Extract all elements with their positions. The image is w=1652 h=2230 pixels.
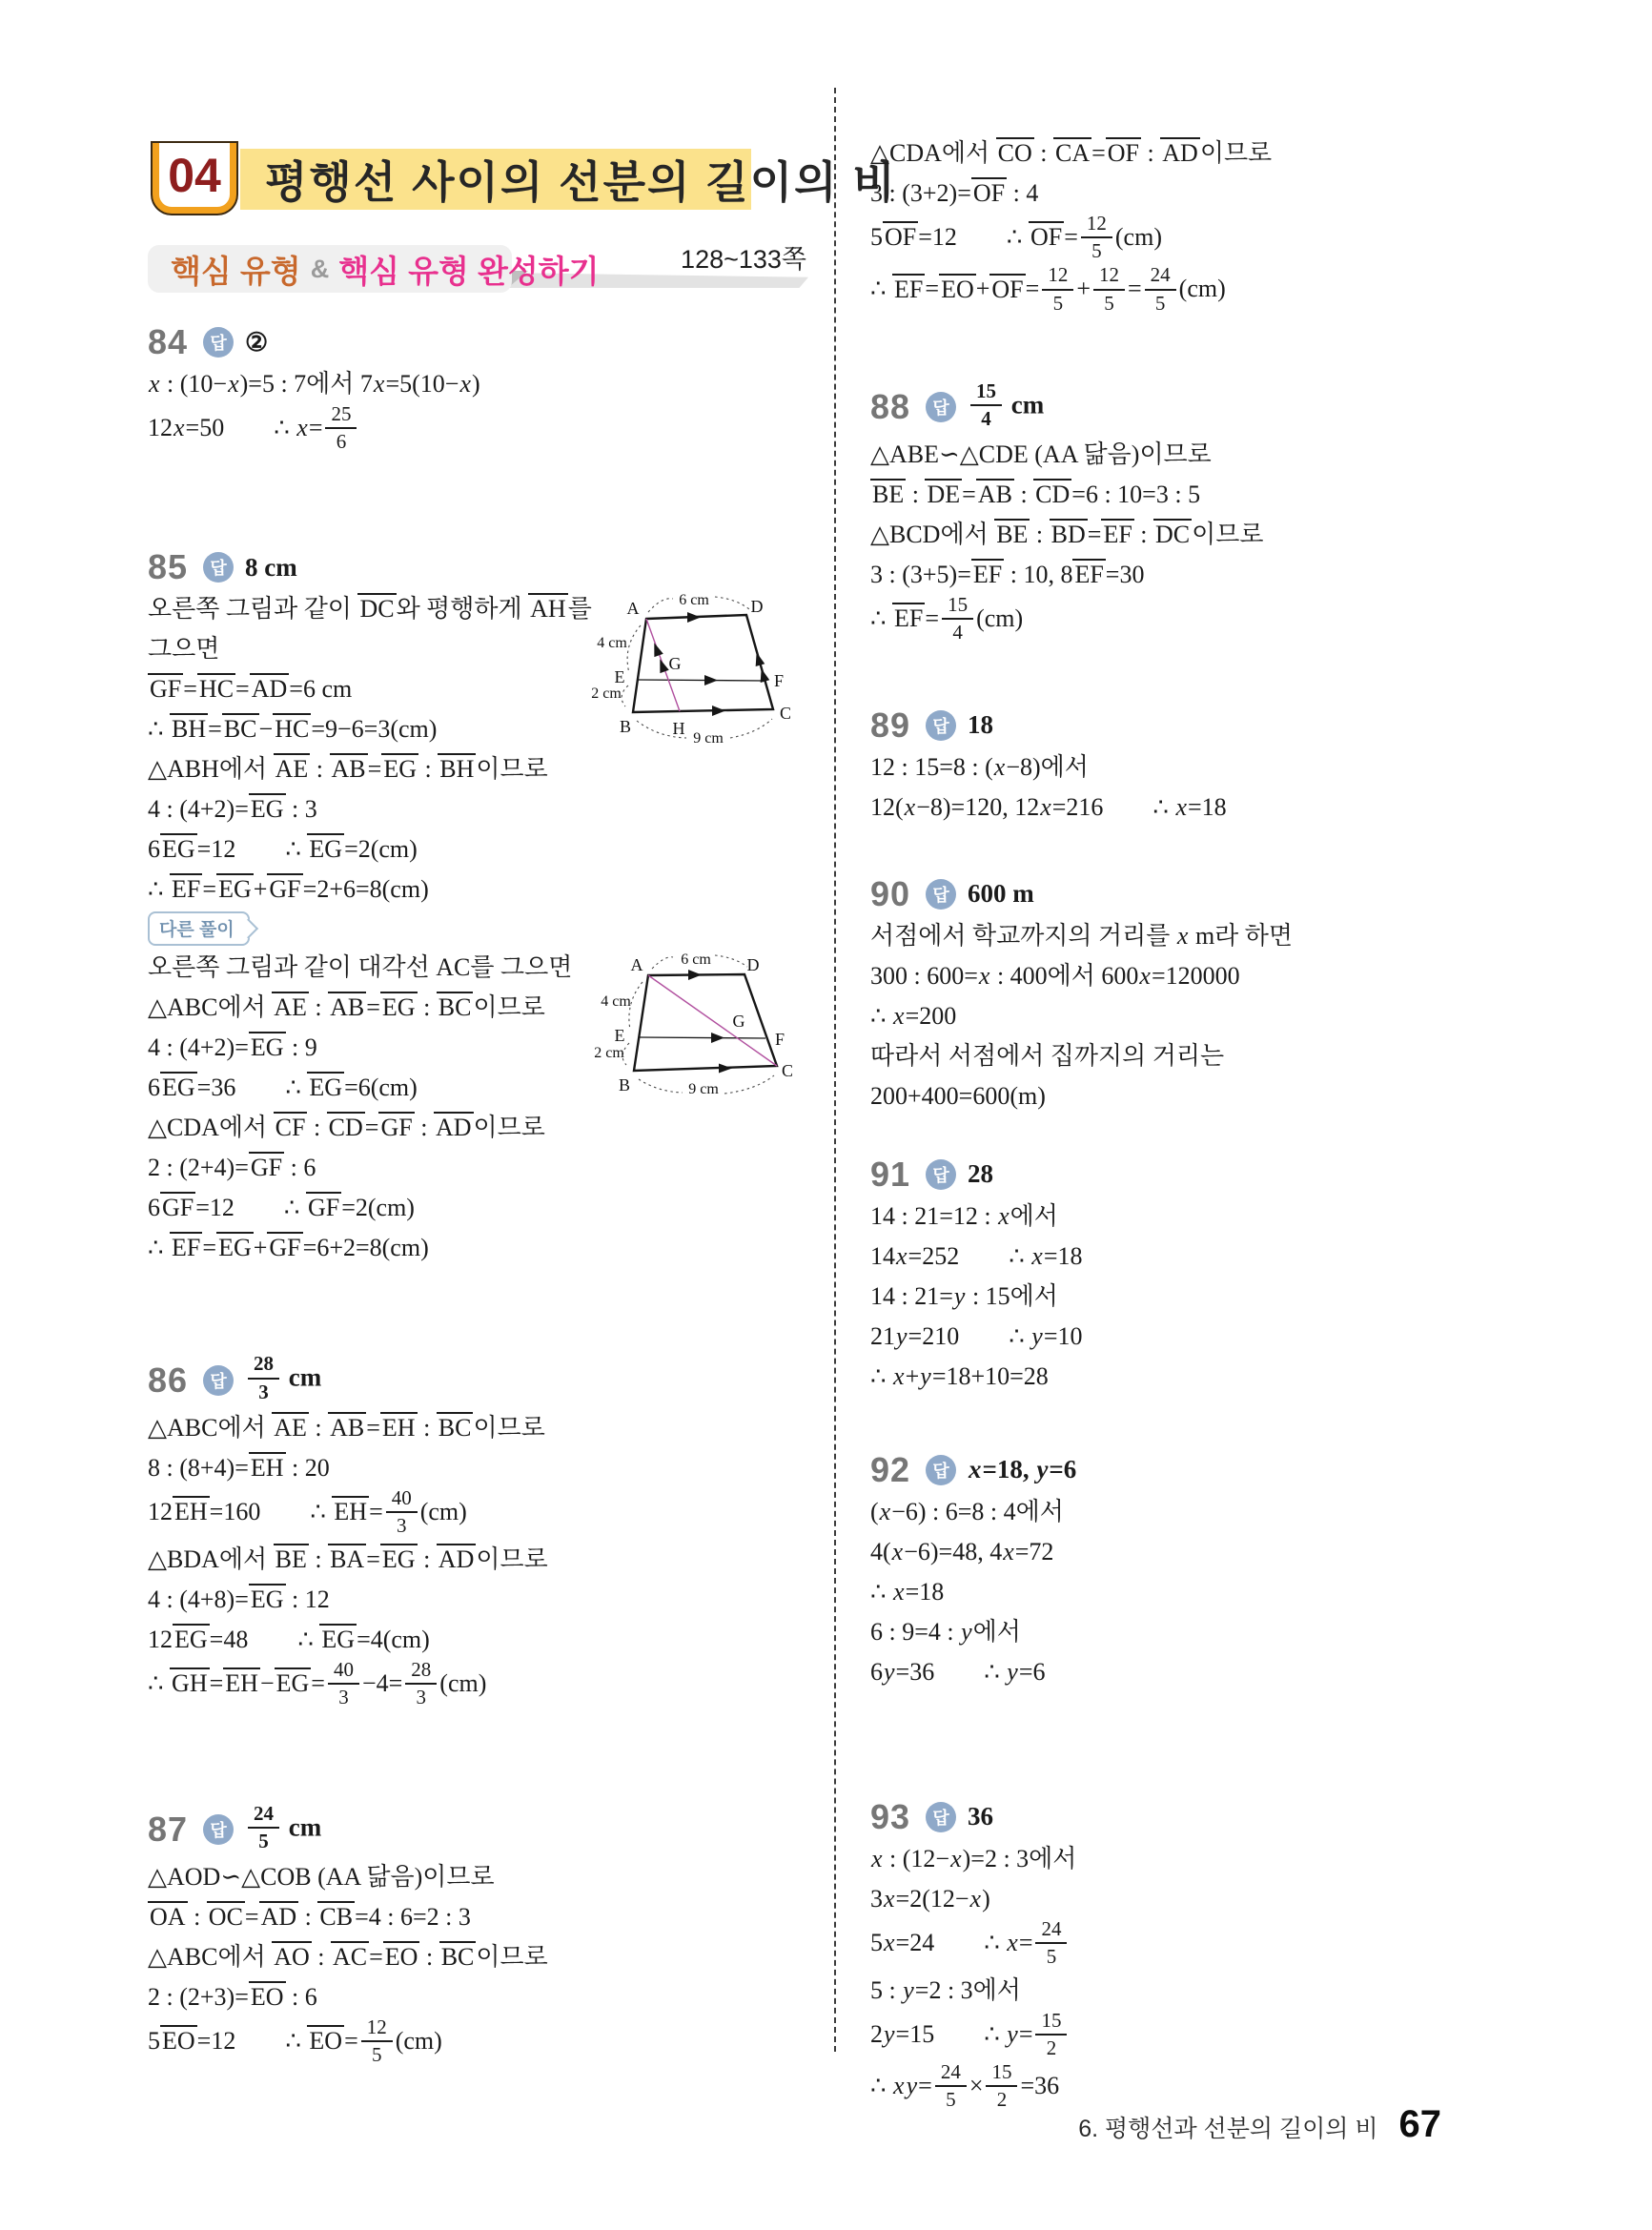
- segment-overline: OF: [971, 177, 1007, 206]
- segment-overline: EG: [307, 1072, 344, 1100]
- solution-line: △ABC에서 AO : AC=EO : BC이므로: [148, 1937, 832, 1977]
- segment-overline: EH: [173, 1496, 210, 1524]
- solution-line: x : (10−x)=5 : 7에서 7x=5(10−x): [148, 364, 832, 404]
- trapezoid-outline: [634, 974, 777, 1071]
- vertex-label-H: H: [673, 719, 685, 738]
- math-variable: x: [892, 2072, 906, 2099]
- page-footer: 6. 평행선과 선분의 길이의 비 67: [1078, 2103, 1441, 2146]
- segment-overline: EG: [380, 992, 418, 1020]
- solution-line: 서점에서 학교까지의 거리를 x m라 하면: [870, 916, 1555, 956]
- problem-number: 93: [870, 1800, 910, 1834]
- answer-badge: 답: [203, 1365, 234, 1396]
- math-variable: x: [879, 1498, 892, 1525]
- math-variable: y: [953, 1282, 967, 1310]
- solution-line: △BCD에서 BE : BD=EF : DC이므로: [870, 515, 1555, 555]
- left-column: 84답②x : (10−x)=5 : 7에서 7x=5(10−x)12x=50 …: [148, 322, 832, 2069]
- solution-line: 5EO=12 ∴ EO=125(cm): [148, 2017, 832, 2069]
- segment-overline: EH: [249, 1452, 286, 1481]
- segment-overline: EO: [307, 2025, 344, 2054]
- segment-overline: EG: [249, 1032, 286, 1060]
- vertex-label-B: B: [620, 717, 631, 736]
- math-variable: x: [997, 1202, 1010, 1230]
- solution-line: 12EG=48 ∴ EG=4(cm): [148, 1620, 832, 1660]
- footer-chapter-title: 6. 평행선과 선분의 길이의 비: [1078, 2110, 1377, 2144]
- vertex-label-D: D: [747, 955, 760, 974]
- problem-number: 85: [148, 550, 188, 584]
- solution-line: 12 : 15=8 : (x−8)에서: [870, 747, 1555, 788]
- segment-overline: EO: [383, 1941, 420, 1970]
- solution-line: 6GF=12 ∴ GF=2(cm): [148, 1188, 832, 1228]
- segment-overline: EF: [892, 603, 925, 631]
- solution-line: 12x=50 ∴ x=256: [148, 404, 832, 456]
- math-variable: y: [902, 1976, 915, 2004]
- vertex-label-B: B: [619, 1075, 630, 1095]
- math-variable: x: [373, 370, 386, 398]
- segment-overline: BH: [170, 713, 208, 742]
- fraction: 125: [361, 2015, 393, 2067]
- math-variable: x: [148, 370, 161, 398]
- math-variable: x: [949, 1845, 963, 1872]
- answer-text: 8 cm: [245, 553, 297, 583]
- segment-overline: AC: [331, 1941, 369, 1970]
- segment-overline: AH: [528, 593, 568, 622]
- answer-text: 283 cm: [245, 1354, 321, 1405]
- problem-number: 87: [148, 1812, 188, 1847]
- segment-overline: EF: [170, 1232, 202, 1260]
- segment-overline: AB: [330, 753, 368, 782]
- solution-line: 5 : y=2 : 3에서: [870, 1971, 1555, 2011]
- segment-overline: EH: [332, 1496, 369, 1524]
- problem-number: 84: [148, 325, 188, 359]
- solution-line: 2 : (2+4)=GF : 6: [148, 1148, 832, 1188]
- solution-line: 3 : (3+2)=OF : 4: [870, 174, 1555, 214]
- answer-badge: 답: [926, 1455, 956, 1485]
- answer-badge: 답: [203, 327, 234, 358]
- answer-badge: 답: [926, 1802, 956, 1832]
- fraction: 245: [1035, 1917, 1067, 1969]
- segment-overline: AB: [328, 992, 366, 1020]
- problem-header: 84답②: [148, 322, 832, 362]
- problem-number: 89: [870, 708, 910, 743]
- segment-overline: OF: [1106, 137, 1141, 166]
- vertex-label-A: A: [627, 599, 640, 618]
- problem-header: 90답600 m: [870, 874, 1555, 914]
- solution-line: △CDA에서 CO : CA=OF : AD이므로: [870, 133, 1555, 174]
- solution-line: 5x=24 ∴ x=245: [870, 1919, 1555, 1971]
- subheader-complete-types: 핵심 유형 완성하기: [338, 247, 599, 292]
- subheader-ampersand: &: [311, 255, 330, 284]
- segment-overline: EG: [216, 1232, 254, 1260]
- parallel-arrow: [712, 706, 725, 716]
- fraction: 125: [1081, 212, 1112, 263]
- segment-overline: AD: [1160, 137, 1200, 166]
- answer-badge: 답: [926, 710, 956, 741]
- problem-header: 91답28: [870, 1155, 1555, 1195]
- problem-header: 93답36: [870, 1797, 1555, 1837]
- fraction: 125: [1093, 263, 1125, 315]
- solution-line: 4 : (4+8)=EG : 12: [148, 1580, 832, 1620]
- segment-overline: AE: [272, 992, 309, 1020]
- math-variable: x: [969, 1885, 983, 1913]
- reference-pages: 128~133쪽: [572, 238, 806, 276]
- segment-overline: BA: [328, 1544, 366, 1572]
- segment-overline: BC: [439, 1941, 477, 1970]
- segment-overline: EG: [307, 833, 344, 862]
- subheader-core-types: 핵심 유형: [171, 247, 301, 292]
- problem-number: 86: [148, 1363, 188, 1398]
- segment-overline: HC: [197, 673, 235, 702]
- math-variable: x: [1176, 922, 1190, 950]
- segment-overline: CF: [274, 1112, 308, 1140]
- problem-number: 91: [870, 1157, 910, 1192]
- solution-line: ∴ x+y=18+10=28: [870, 1357, 1555, 1397]
- problem-header: 88답154 cm: [870, 381, 1555, 433]
- solution-line: 200+400=600(m): [870, 1076, 1555, 1116]
- math-variable: x: [870, 1845, 884, 1872]
- solution-line: ∴ EF=EG+GF=2+6=8(cm): [148, 869, 832, 910]
- solution-line: ∴ x=200: [870, 996, 1555, 1036]
- segment-overline: CD: [1033, 479, 1071, 507]
- segment-overline: BC: [437, 1412, 474, 1441]
- solution-line: 3 : (3+5)=EF : 10, 8EF=30: [870, 555, 1555, 595]
- solution-line: ∴ EF=EG+GF=6+2=8(cm): [148, 1228, 832, 1268]
- math-variable: x: [892, 1362, 906, 1390]
- solution-line: △AOD∽△COB (AA 닮음)이므로: [148, 1857, 832, 1897]
- math-variable: x: [296, 414, 309, 441]
- parallel-arrow: [650, 642, 663, 658]
- solution-line: 3x=2(12−x): [870, 1879, 1555, 1919]
- segment-overline: AD: [250, 673, 290, 702]
- segment-overline: GF: [148, 673, 183, 702]
- math-variable: y: [1030, 1322, 1044, 1350]
- vertex-label-F: F: [775, 1030, 785, 1049]
- solution-line: △ABC에서 AE : AB=EH : BC이므로: [148, 1408, 832, 1448]
- problem-87-continued: △CDA에서 CO : CA=OF : AD이므로3 : (3+2)=OF : …: [870, 133, 1555, 317]
- section-title-band: 평행선 사이의 선분의 길이의 비: [240, 149, 751, 210]
- segment-overline: DE: [925, 479, 962, 507]
- math-variable: y: [906, 2072, 919, 2099]
- measure-arc: [639, 1079, 683, 1093]
- section-title: 평행선 사이의 선분의 길이의 비: [240, 148, 897, 211]
- segment-overline: OF: [989, 274, 1025, 302]
- answer-text: 18: [968, 710, 993, 740]
- segment-overline: DC: [1153, 519, 1192, 547]
- solution-line: △BDA에서 BE : BA=EG : AD이므로: [148, 1540, 832, 1580]
- fraction: 283: [248, 1352, 279, 1403]
- fraction: 245: [248, 1802, 279, 1853]
- segment-overline: EG: [249, 793, 286, 822]
- measure-arc: [715, 955, 747, 967]
- measure-2cm: 2 cm: [594, 1045, 624, 1061]
- problem-91: 91답2814 : 21=12 : x에서14x=252 ∴ x=1814 : …: [870, 1155, 1555, 1397]
- math-variable: y: [960, 1618, 973, 1646]
- parallel-arrow: [719, 1064, 732, 1074]
- solution-line: ∴ EF=154(cm): [870, 595, 1555, 646]
- solution-line: 14 : 21=12 : x에서: [870, 1197, 1555, 1237]
- answer-text: 28: [968, 1159, 993, 1189]
- fraction: 403: [328, 1658, 359, 1709]
- diagonal-AC: [648, 975, 777, 1066]
- math-variable: x: [892, 1002, 906, 1030]
- trapezoid-diagram-with-AC: A D E B C F G 6 cm 4 cm 2 cm 9 cm: [570, 906, 846, 1125]
- vertex-label-C: C: [780, 704, 791, 723]
- problem-85: 85답8 cm오른쪽 그림과 같이 DC와 평행하게 AH를그으면GF=HC=A…: [148, 547, 832, 1268]
- segment-overline: BE: [870, 479, 906, 507]
- problem-88: 88답154 cm△ABE∽△CDE (AA 닮음)이므로BE : DE=AB …: [870, 381, 1555, 647]
- segment-overline: AE: [272, 1412, 309, 1441]
- math-variable: x: [968, 1455, 983, 1483]
- problem-header: 86답283 cm: [148, 1354, 832, 1405]
- solution-line: 5OF=12 ∴ OF=125(cm): [870, 214, 1555, 265]
- answer-badge: 답: [926, 1159, 956, 1190]
- vertex-label-C: C: [782, 1061, 793, 1080]
- alt-solution-badge: 다른 풀이: [148, 911, 250, 946]
- solution-line: x : (12−x)=2 : 3에서: [870, 1839, 1555, 1879]
- segment-overline: EG: [216, 873, 254, 902]
- math-variable: x: [1174, 793, 1188, 821]
- segment-overline: EF: [971, 559, 1004, 587]
- footer-page-number: 67: [1399, 2103, 1442, 2146]
- segment-overline: CA: [1053, 137, 1091, 166]
- solution-line: 2 : (2+3)=EO : 6: [148, 1977, 832, 2017]
- segment-overline: EF: [1072, 559, 1105, 587]
- solution-line: OA : OC=AD : CB=4 : 6=2 : 3: [148, 1897, 832, 1937]
- measure-arc: [730, 719, 772, 738]
- solution-line: 4(x−6)=48, 4x=72: [870, 1532, 1555, 1572]
- segment-overline: EF: [170, 873, 202, 902]
- segment-overline: GF: [267, 873, 302, 902]
- solution-line: 21y=210 ∴ y=10: [870, 1317, 1555, 1357]
- measure-2cm: 2 cm: [591, 685, 622, 702]
- measure-6cm: 6 cm: [679, 592, 709, 608]
- math-variable: x: [173, 414, 186, 441]
- measure-9cm: 9 cm: [693, 730, 724, 747]
- segment-overline: CO: [996, 137, 1034, 166]
- math-variable: y: [1006, 1658, 1019, 1686]
- solution-line: 12(x−8)=120, 12x=216 ∴ x=18: [870, 788, 1555, 828]
- segment-overline: HC: [273, 713, 311, 742]
- segment-overline: OF: [883, 221, 918, 250]
- math-variable: x: [895, 1242, 908, 1270]
- solution-line: 따라서 서점에서 집까지의 거리는: [870, 1036, 1555, 1076]
- problem-number: 88: [870, 390, 910, 424]
- fraction: 403: [386, 1486, 418, 1538]
- solution-line: ∴ GH=EH−EG=403−4=283(cm): [148, 1660, 832, 1711]
- math-variable: x: [883, 1929, 896, 1956]
- fraction: 245: [935, 2060, 967, 2112]
- vertex-label-E: E: [615, 1026, 625, 1045]
- segment-overline: BD: [1050, 519, 1088, 547]
- math-variable: y: [1006, 2020, 1019, 2048]
- segment-overline: BE: [994, 519, 1030, 547]
- math-variable: x: [904, 793, 917, 821]
- right-column: △CDA에서 CO : CA=OF : AD이므로3 : (3+2)=OF : …: [870, 133, 1555, 2115]
- measure-arc: [715, 597, 749, 609]
- segment-overline: EF: [1101, 519, 1133, 547]
- segment-EF: [639, 1037, 765, 1038]
- math-variable: x: [1002, 1538, 1015, 1565]
- solution-line: 6y=36 ∴ y=6: [870, 1652, 1555, 1692]
- answer-text: ②: [245, 328, 268, 358]
- problem-header: 92답x=18, y=6: [870, 1450, 1555, 1490]
- math-variable: x: [227, 370, 240, 398]
- answer-badge: 답: [203, 552, 234, 583]
- solution-line: ∴ EF=EO+OF=125+125=245(cm): [870, 265, 1555, 317]
- segment-overline: EG: [160, 833, 197, 862]
- section-number-badge: 04: [153, 143, 236, 214]
- measure-arc: [648, 599, 673, 612]
- measure-arc: [724, 1075, 774, 1094]
- solution-line: 300 : 600=x : 400에서 600x=120000: [870, 956, 1555, 996]
- math-variable: x: [1006, 1929, 1019, 1956]
- math-variable: x: [891, 1538, 905, 1565]
- solution-line: 6 : 9=4 : y에서: [870, 1612, 1555, 1652]
- segment-overline: OF: [1029, 221, 1064, 250]
- segment-overline: EG: [319, 1624, 357, 1652]
- solution-line: △ABE∽△CDE (AA 닮음)이므로: [870, 435, 1555, 475]
- fraction: 152: [1035, 2009, 1067, 2060]
- segment-overline: BC: [437, 992, 474, 1020]
- vertex-label-F: F: [774, 671, 784, 690]
- segment-overline: GF: [306, 1192, 341, 1220]
- segment-overline: EG: [275, 1667, 312, 1696]
- answer-badge: 답: [926, 392, 956, 422]
- parallel-arrow: [711, 1033, 724, 1043]
- segment-overline: GH: [170, 1667, 210, 1696]
- point-label-G: G: [733, 1012, 745, 1031]
- problem-87: 87답245 cm△AOD∽△COB (AA 닮음)이므로OA : OC=AD …: [148, 1804, 832, 2070]
- segment-overline: EG: [160, 1072, 197, 1100]
- segment-overline: AO: [272, 1941, 312, 1970]
- segment-overline: EG: [173, 1624, 210, 1652]
- parallel-arrow: [687, 612, 701, 623]
- trapezoid-diagram-with-AH: A D E B H C F G 6 cm 4 cm 2 cm 9 cm: [570, 545, 846, 765]
- problem-86: 86답283 cm△ABC에서 AE : AB=EH : BC이므로8 : (8…: [148, 1354, 832, 1711]
- answer-badge: 답: [203, 1814, 234, 1845]
- measure-9cm: 9 cm: [688, 1081, 719, 1097]
- segment-overline: GF: [378, 1112, 414, 1140]
- segment-overline: OA: [148, 1901, 188, 1930]
- solution-line: 14 : 21=y : 15에서: [870, 1277, 1555, 1317]
- solution-line: 12EH=160 ∴ EH=403(cm): [148, 1488, 832, 1540]
- segment-overline: EG: [249, 1584, 286, 1612]
- math-variable: x: [978, 962, 991, 990]
- point-label-G: G: [669, 654, 682, 673]
- segment-overline: EF: [892, 274, 925, 302]
- solution-line: 6EG=12 ∴ EG=2(cm): [148, 829, 832, 869]
- solution-line: ∴ x=18: [870, 1572, 1555, 1612]
- answer-text: 245 cm: [245, 1804, 321, 1855]
- math-variable: x: [1039, 793, 1052, 821]
- math-variable: x: [1030, 1242, 1044, 1270]
- problem-number: 92: [870, 1453, 910, 1487]
- fraction: 154: [942, 593, 973, 644]
- segment-overline: BE: [274, 1544, 309, 1572]
- solution-line: BE : DE=AB : CD=6 : 10=3 : 5: [870, 475, 1555, 515]
- solution-line: 2y=15 ∴ y=152: [870, 2011, 1555, 2062]
- textbook-answer-page: 평행선 사이의 선분의 길이의 비 04 핵심 유형 & 핵심 유형 완성하기 …: [0, 0, 1652, 2230]
- math-variable: x: [993, 753, 1007, 781]
- measure-4cm: 4 cm: [601, 993, 631, 1010]
- segment-overline: EO: [939, 274, 976, 302]
- section-number: 04: [168, 152, 221, 199]
- math-variable: y: [883, 1658, 896, 1686]
- segment-overline: AD: [434, 1112, 474, 1140]
- problem-number: 90: [870, 877, 910, 911]
- fraction: 154: [970, 379, 1002, 431]
- problem-90: 90답600 m서점에서 학교까지의 거리를 x m라 하면300 : 600=…: [870, 874, 1555, 1116]
- measure-6cm: 6 cm: [681, 951, 711, 968]
- answer-text: 600 m: [968, 879, 1034, 909]
- math-variable: x: [459, 370, 472, 398]
- problem-89: 89답1812 : 15=8 : (x−8)에서12(x−8)=120, 12x…: [870, 706, 1555, 828]
- segment-overline: AE: [274, 753, 311, 782]
- segment-overline: AD: [259, 1901, 299, 1930]
- segment-overline: EH: [223, 1667, 260, 1696]
- vertex-label-D: D: [751, 597, 764, 616]
- segment-overline: AD: [437, 1544, 477, 1572]
- math-variable: x: [1138, 962, 1152, 990]
- segment-EF: [638, 680, 765, 681]
- fraction: 245: [1145, 263, 1176, 315]
- segment-overline: GF: [249, 1152, 284, 1180]
- math-variable: y: [1035, 1455, 1049, 1483]
- math-variable: y: [895, 1322, 908, 1350]
- math-variable: y: [919, 1362, 932, 1390]
- segment-overline: GF: [267, 1232, 302, 1260]
- problem-93: 93답36x : (12−x)=2 : 3에서3x=2(12−x)5x=24 ∴…: [870, 1797, 1555, 2115]
- segment-overline: BH: [438, 753, 476, 782]
- measure-4cm: 4 cm: [597, 635, 627, 651]
- segment-overline: EH: [380, 1412, 418, 1441]
- segment-overline: EO: [249, 1981, 286, 2010]
- segment-overline: EG: [381, 753, 418, 782]
- answer-badge: 답: [926, 879, 956, 910]
- segment-overline: AB: [328, 1412, 366, 1441]
- segment-overline: AB: [976, 479, 1014, 507]
- math-variable: x: [883, 1885, 896, 1913]
- fraction: 152: [986, 2060, 1017, 2112]
- fraction: 283: [405, 1658, 437, 1709]
- parallel-arrow: [704, 675, 718, 685]
- segment-overline: OC: [207, 1901, 245, 1930]
- problem-84: 84답②x : (10−x)=5 : 7에서 7x=5(10−x)12x=50 …: [148, 322, 832, 456]
- solution-line: (x−6) : 6=8 : 4에서: [870, 1492, 1555, 1532]
- problem-header: 87답245 cm: [148, 1804, 832, 1855]
- segment-overline: DC: [357, 593, 396, 622]
- problem-92: 92답x=18, y=6(x−6) : 6=8 : 4에서4(x−6)=48, …: [870, 1450, 1555, 1692]
- solution-line: 4 : (4+2)=EG : 3: [148, 789, 832, 829]
- segment-overline: CD: [327, 1112, 365, 1140]
- math-variable: y: [883, 2020, 896, 2048]
- trapezoid-outline: [633, 615, 773, 712]
- solution-line: 14x=252 ∴ x=18: [870, 1237, 1555, 1277]
- fraction: 256: [325, 402, 357, 454]
- segment-overline: EG: [380, 1544, 418, 1572]
- math-variable: x: [892, 1578, 906, 1606]
- answer-text: x=18, y=6: [968, 1455, 1076, 1484]
- vertex-label-E: E: [615, 667, 625, 686]
- answer-text: 154 cm: [968, 381, 1044, 433]
- fraction: 125: [1042, 263, 1073, 315]
- problem-header: 89답18: [870, 706, 1555, 746]
- parallel-arrow: [656, 658, 669, 674]
- measure-arc: [622, 685, 628, 706]
- answer-text: 36: [968, 1802, 993, 1831]
- segment-overline: CB: [317, 1901, 355, 1930]
- solution-line: 8 : (8+4)=EH : 20: [148, 1448, 832, 1488]
- vertex-label-A: A: [631, 955, 643, 974]
